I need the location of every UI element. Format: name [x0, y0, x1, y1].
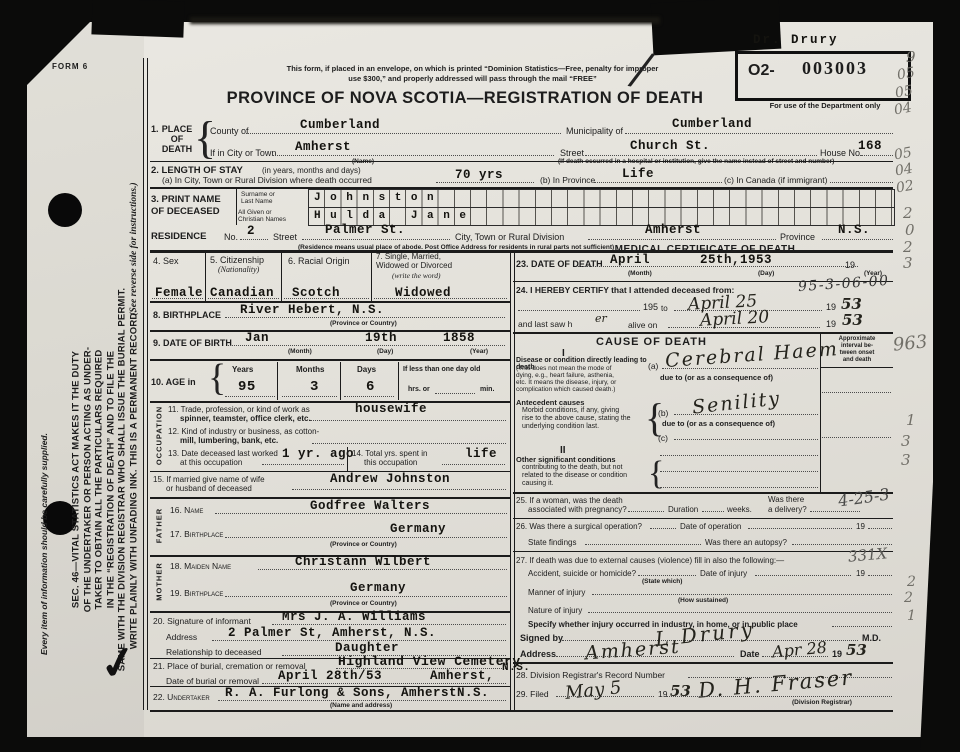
dotted-line	[215, 513, 507, 514]
s25-label2: associated with pregnancy?	[528, 505, 627, 514]
s14-label: 14. Total yrs. spent in	[352, 449, 427, 458]
margin-number: 02	[895, 178, 915, 197]
s26-autopsy-label: Was there an autopsy?	[705, 538, 787, 547]
residence-city-value: Amherst	[645, 223, 701, 237]
county-value: Cumberland	[300, 118, 380, 132]
residence-no-value: 2	[247, 224, 255, 238]
cause-due1: due to (or as a consequence of)	[660, 373, 773, 382]
registration-number: 003003	[802, 58, 868, 79]
sex-label: 4. Sex	[153, 256, 179, 266]
s19-label: 19. Birthplace	[170, 588, 223, 598]
dotted-line	[592, 594, 892, 595]
informant-signature: Mrs J. A. Williams	[282, 610, 426, 624]
dob-month: Jan	[245, 331, 269, 345]
signed-date-label: Date	[740, 649, 760, 659]
s1-number: 1.	[151, 124, 159, 134]
physician-date-year: 53	[846, 641, 867, 659]
dotted-line	[638, 575, 696, 576]
residence-province-value: N.S.	[838, 223, 870, 237]
dotted-line	[272, 624, 506, 625]
s27-manner-label: Manner of injury	[528, 588, 585, 597]
dotted-line	[666, 696, 892, 697]
margin-number: 05	[896, 65, 916, 84]
scan-edge-left	[0, 0, 27, 752]
other-conditions-sublabel: contributing to the death, but not relat…	[522, 464, 654, 488]
rule	[347, 447, 348, 471]
dotted-line	[282, 396, 337, 397]
dotted-line	[588, 612, 892, 613]
age-years-label: Years	[232, 365, 253, 374]
rule	[513, 662, 893, 664]
surname-sublabel: Surname or Last Name	[241, 191, 275, 205]
s2a-value: 70 yrs	[455, 168, 503, 182]
scan-edge-right	[933, 0, 960, 752]
marital-label: 7. Single, Married, Widowed or Divorced	[376, 253, 452, 270]
s15-label: 15. If married give name of wife	[153, 475, 265, 484]
margin-number: 1	[907, 608, 916, 624]
margin-number: 963	[892, 331, 928, 355]
column-divider	[510, 251, 515, 711]
burial-date-value: April 28th/53	[278, 669, 382, 683]
dotted-line	[310, 420, 506, 421]
s27-accident-label: Accident, suicide or homicide?	[528, 569, 636, 578]
dotted-line	[272, 155, 554, 156]
dotted-line	[518, 310, 640, 311]
s23-label: 23. DATE OF DEATH	[516, 259, 603, 269]
s24-19a: 19	[826, 302, 836, 312]
cause-a-sublabel: (This does not mean the mode of dying, e…	[516, 365, 652, 393]
s3-title: 3. PRINT NAME	[151, 194, 221, 205]
s17-note: (Province or Country)	[330, 541, 397, 548]
dotted-line	[240, 239, 268, 240]
signedby-label: Signed by	[520, 633, 563, 643]
dotted-line	[218, 700, 506, 701]
s27-injurydate-label: Date of injury	[700, 569, 747, 578]
dotted-line	[650, 528, 676, 529]
rule	[150, 710, 893, 712]
dotted-line	[832, 626, 892, 627]
dotted-line	[152, 298, 203, 299]
dotted-line	[660, 487, 818, 488]
margin-number: 0	[905, 221, 915, 239]
s2-title2: (in years, months and days)	[262, 166, 361, 175]
scan-shadow-top	[190, 17, 660, 24]
birthplace-note: (Province or Country)	[330, 320, 397, 327]
dotted-line	[262, 464, 344, 465]
dotted-line	[344, 396, 394, 397]
margin-number: 9	[906, 48, 916, 66]
s15-value: Andrew Johnston	[330, 472, 450, 486]
cause-c-tag: (c)	[658, 433, 668, 443]
cause-due2: due to (or as a consequence of)	[662, 419, 775, 428]
s21-date-label: Date of burial or removal	[166, 676, 259, 686]
s19-note: (Province or Country)	[330, 600, 397, 607]
s27-19: 19	[856, 569, 865, 578]
burial-place2-value: Amherst,	[430, 669, 494, 683]
statute-notice: SEC. 46—VITAL STATISTICS ACT MAKES IT TH…	[71, 280, 140, 680]
other-conditions-label: Other significant conditions	[516, 455, 616, 464]
city-label: If in City or Town	[210, 148, 276, 158]
margin-note-331x: 331X	[847, 544, 888, 565]
dotted-line	[208, 298, 279, 299]
mother-vertical-label: MOTHER	[155, 552, 164, 612]
scan-blob-1	[91, 0, 184, 38]
s27-nature-label: Nature of injury	[528, 606, 582, 615]
s2b-value: Life	[622, 167, 654, 181]
s17-value: Germany	[390, 522, 446, 536]
birthplace-value: River Hebert, N.S.	[240, 303, 384, 317]
s23-month-note: (Month)	[628, 270, 652, 277]
nationality-sublabel: (Nationality)	[218, 265, 259, 274]
s26-label: 26. Was there a surgical operation?	[516, 522, 642, 531]
margin-number: 2	[907, 574, 916, 590]
signed-19: 19	[832, 649, 842, 659]
street-label: Street	[560, 148, 584, 158]
margin-number: 3	[901, 451, 911, 469]
rule	[513, 492, 893, 494]
dotted-line	[856, 155, 893, 156]
s12-label2: mill, lumbering, bank, etc.	[180, 436, 278, 445]
lastsaw-date: April 20	[700, 307, 770, 331]
dotted-line	[578, 266, 858, 267]
margin-number: 04	[894, 161, 914, 180]
dotted-line	[748, 528, 852, 529]
death-month-value: April	[610, 253, 650, 267]
birthplace-label: 8. BIRTHPLACE	[153, 310, 221, 320]
s20-relationship-label: Relationship to deceased	[166, 647, 261, 657]
dotted-line	[660, 471, 818, 472]
burial-place-value: Highland View Cemetery	[338, 654, 521, 669]
dotted-line	[225, 317, 505, 318]
dotted-line	[228, 345, 505, 346]
s23-day-note: (Day)	[758, 270, 774, 277]
informant-relationship: Daughter	[335, 641, 399, 655]
rule	[820, 367, 893, 368]
s24-lastsaw-label: and last saw h	[518, 319, 572, 329]
dept-use-note: For use of the Department only	[745, 101, 905, 110]
margin-number: 04	[893, 100, 913, 119]
s25-delivery-label: a delivery?	[768, 505, 807, 514]
s25-wasthere-label: Was there	[768, 495, 804, 504]
margin-number: 05	[894, 83, 914, 102]
s13-value: 1 yr. ago	[282, 447, 354, 461]
dotted-line	[594, 182, 722, 183]
age-min-label: min.	[480, 386, 494, 393]
s27-label: 27. If death was due to external causes …	[516, 556, 784, 565]
county-label: County of	[210, 126, 249, 136]
dotted-line	[585, 155, 817, 156]
margin-number: 3	[901, 432, 911, 450]
every-item-note: Every item of information should be care…	[39, 424, 49, 664]
registration-prefix: O2-	[748, 62, 775, 80]
dotted-line	[262, 683, 506, 684]
dotted-line	[868, 575, 892, 576]
age-label: 10. AGE in	[151, 377, 196, 387]
street-value: Church St.	[630, 139, 710, 153]
rule	[513, 518, 893, 519]
lastsaw-year: 53	[842, 311, 863, 329]
dotted-line	[225, 596, 507, 597]
s22-note: (Name and address)	[330, 702, 392, 709]
filed-year: 53	[670, 682, 691, 700]
dotted-line	[442, 464, 505, 465]
age-hrs-label: hrs. or	[408, 386, 430, 393]
scan-edge-bottom	[0, 737, 960, 752]
s14-value: life	[465, 447, 497, 461]
day-note: (Day)	[377, 348, 393, 355]
occupation-vertical-label: OCCUPATION	[155, 401, 164, 471]
s1-label: PLACE OF DEATH	[160, 124, 194, 154]
dotted-line	[225, 396, 275, 397]
s3-title2: OF DECEASED	[151, 206, 220, 217]
dotted-line	[225, 537, 507, 538]
name-note: (Name)	[352, 158, 374, 165]
rule	[513, 551, 893, 552]
rule	[281, 251, 282, 301]
dotted-line	[755, 575, 851, 576]
mail-notice: This form, if placed in an envelope, on …	[200, 64, 745, 83]
municipality-value: Cumberland	[672, 117, 752, 131]
rule	[205, 251, 206, 301]
dotted-line	[702, 511, 724, 512]
dotted-line	[625, 133, 893, 134]
rule	[371, 251, 372, 301]
father-vertical-label: FATHER	[155, 496, 164, 556]
s2c-label: (c) In Canada (if immigrant)	[724, 175, 827, 185]
dotted-line	[436, 182, 534, 183]
informant-address: 2 Palmer St, Amherst, N.S.	[228, 626, 436, 640]
dotted-line	[810, 511, 860, 512]
age-months-value: 3	[310, 379, 319, 395]
dotted-line	[556, 696, 654, 697]
s14-label2: this occupation	[364, 458, 417, 467]
s2b-label: (b) In Province	[540, 175, 595, 185]
residence-street-value: Palmer St.	[325, 223, 405, 237]
margin-number: 2	[903, 204, 913, 222]
hospital-note: (If death occurred in a hospital or inst…	[558, 158, 898, 165]
s20-label: 20. Signature of informant	[153, 616, 251, 626]
cause-of-death-title: CAUSE OF DEATH	[596, 336, 707, 348]
rule	[513, 332, 893, 334]
given-sublabel: All Given or Christian Names	[238, 209, 286, 223]
s23-19: 19	[845, 260, 855, 270]
dotted-line	[660, 455, 818, 456]
s26-19: 19	[856, 522, 865, 531]
s28-label: 28. Division Registrar's Record Number	[516, 670, 665, 680]
undertaker-value: R. A. Furlong & Sons, AmherstN.S.	[225, 686, 489, 700]
rule	[340, 362, 341, 400]
s25-label1: 25. If a woman, was the death	[516, 496, 623, 505]
rule	[277, 362, 278, 400]
s19-value: Germany	[350, 581, 406, 595]
dotted-line	[674, 439, 818, 440]
s27-howsustained-note: (How sustained)	[678, 597, 728, 604]
s24-aliveon-label: alive on	[628, 320, 657, 330]
dotted-line	[662, 368, 818, 369]
rule	[398, 362, 399, 400]
dotted-line	[292, 489, 506, 490]
residence-city-label: City, Town or Rural Division	[455, 232, 564, 242]
margin-number: 1	[906, 411, 916, 429]
dotted-line	[588, 239, 776, 240]
surname-letter-boxes: Johnston	[308, 189, 895, 208]
dotted-line	[868, 528, 892, 529]
lastsaw-h-suffix: er	[595, 312, 607, 325]
s27-statewhich-note: (State which)	[642, 578, 682, 585]
rule	[150, 359, 510, 361]
s18-label: 18. Maiden Name	[170, 561, 231, 571]
doctor-annotation: Dr. Drury	[753, 33, 839, 47]
dotted-line	[674, 414, 818, 415]
death-day-value: 25th,1953	[700, 253, 772, 267]
s25-duration-label: Duration	[668, 505, 698, 514]
scan-blob-2	[651, 0, 782, 55]
antecedent-label: Antecedent causes	[516, 398, 584, 407]
age-days-label: Days	[357, 365, 376, 374]
age-years-value: 95	[238, 379, 256, 395]
s22-label: 22. Undertaker	[153, 692, 210, 702]
hole-punch-top	[48, 193, 82, 227]
s15-label2: or husband of deceased	[166, 484, 252, 493]
dob-label: 9. DATE OF BIRTH	[153, 338, 232, 348]
residence-label: RESIDENCE	[151, 231, 206, 242]
age-less-label: If less than one day old	[403, 366, 480, 373]
s29-label: 29. Filed	[516, 689, 549, 699]
dotted-line	[258, 569, 507, 570]
margin-number: 2	[904, 590, 913, 606]
citizenship-label: 5. Citizenship	[210, 255, 264, 265]
dotted-line	[374, 298, 507, 299]
age-months-label: Months	[296, 365, 324, 374]
municipality-label: Municipality of	[566, 126, 623, 136]
house-value: 168	[858, 139, 882, 153]
dotted-line	[585, 544, 701, 545]
s17-label: 17. Birthplace	[170, 529, 223, 539]
reverse-side-note: (See reverse side for instructions.)	[129, 164, 139, 334]
page-title: PROVINCE OF NOVA SCOTIA—REGISTRATION OF …	[185, 89, 745, 108]
s24-19b: 19	[826, 319, 836, 329]
dotted-line	[830, 182, 893, 183]
s25-weeks-label: weeks.	[727, 505, 752, 514]
antecedent-sublabel: Morbid conditions, if any, giving rise t…	[522, 407, 654, 431]
division-registrar-note: (Division Registrar)	[792, 699, 852, 706]
s16-label: 16. Name	[170, 505, 203, 515]
s11-label2: spinner, teamster, office clerk, etc.	[180, 414, 311, 423]
s20-address-label: Address	[166, 632, 197, 642]
s11-label: 11. Trade, profession, or kind of work a…	[168, 405, 310, 414]
marital-sublabel: (write the word)	[392, 271, 440, 280]
dob-year: 1858	[443, 331, 475, 345]
s29-19: 19	[658, 689, 667, 699]
dotted-line	[822, 437, 891, 438]
age-days-value: 6	[366, 379, 375, 395]
dotted-line	[284, 298, 369, 299]
age-brace	[208, 356, 226, 400]
s24-to-label: to	[661, 304, 668, 313]
signed-address-label: Address	[520, 649, 556, 659]
margin-divider	[143, 58, 148, 710]
s24-195: 195	[643, 302, 658, 312]
residence-street-label: Street	[273, 232, 297, 242]
s16-value: Godfree Walters	[310, 499, 430, 513]
dotted-line	[628, 511, 664, 512]
s13-label: 13. Date deceased last worked	[168, 449, 278, 458]
s11-value: housewife	[355, 402, 427, 416]
year-note: (Year)	[470, 348, 488, 355]
month-note: (Month)	[288, 348, 312, 355]
dotted-line	[822, 392, 891, 393]
scanned-death-certificate: FORM 6 SEC. 46—VITAL STATISTICS ACT MAKE…	[0, 0, 960, 752]
dotted-line	[435, 393, 475, 394]
city-value: Amherst	[295, 140, 351, 154]
s2a-label: (a) In City, Town or Rural Division wher…	[162, 175, 372, 185]
form-number: FORM 6	[52, 62, 88, 71]
house-label: House No.	[820, 148, 863, 158]
cause-b-tag: (b)	[658, 408, 668, 418]
racial-origin-label: 6. Racial Origin	[288, 256, 350, 266]
s26-findings-label: State findings	[528, 538, 576, 547]
residence-no-label: No.	[224, 232, 238, 242]
s26-dateop-label: Date of operation	[680, 522, 741, 531]
margin-number: 3	[903, 254, 913, 272]
residence-province-label: Province	[780, 232, 815, 242]
cause-a-tag: (a)	[648, 361, 658, 371]
dotted-line	[822, 239, 893, 240]
s12-label: 12. Kind of industry or business, as cot…	[168, 427, 319, 436]
rule	[236, 188, 237, 225]
rule	[150, 401, 510, 403]
s18-value: Christann Wilbert	[295, 555, 431, 569]
dotted-line	[312, 443, 506, 444]
dob-day: 19th	[365, 331, 397, 345]
dotted-line	[302, 239, 450, 240]
dotted-line	[246, 133, 561, 134]
s13-label2: at this occupation	[180, 458, 242, 467]
